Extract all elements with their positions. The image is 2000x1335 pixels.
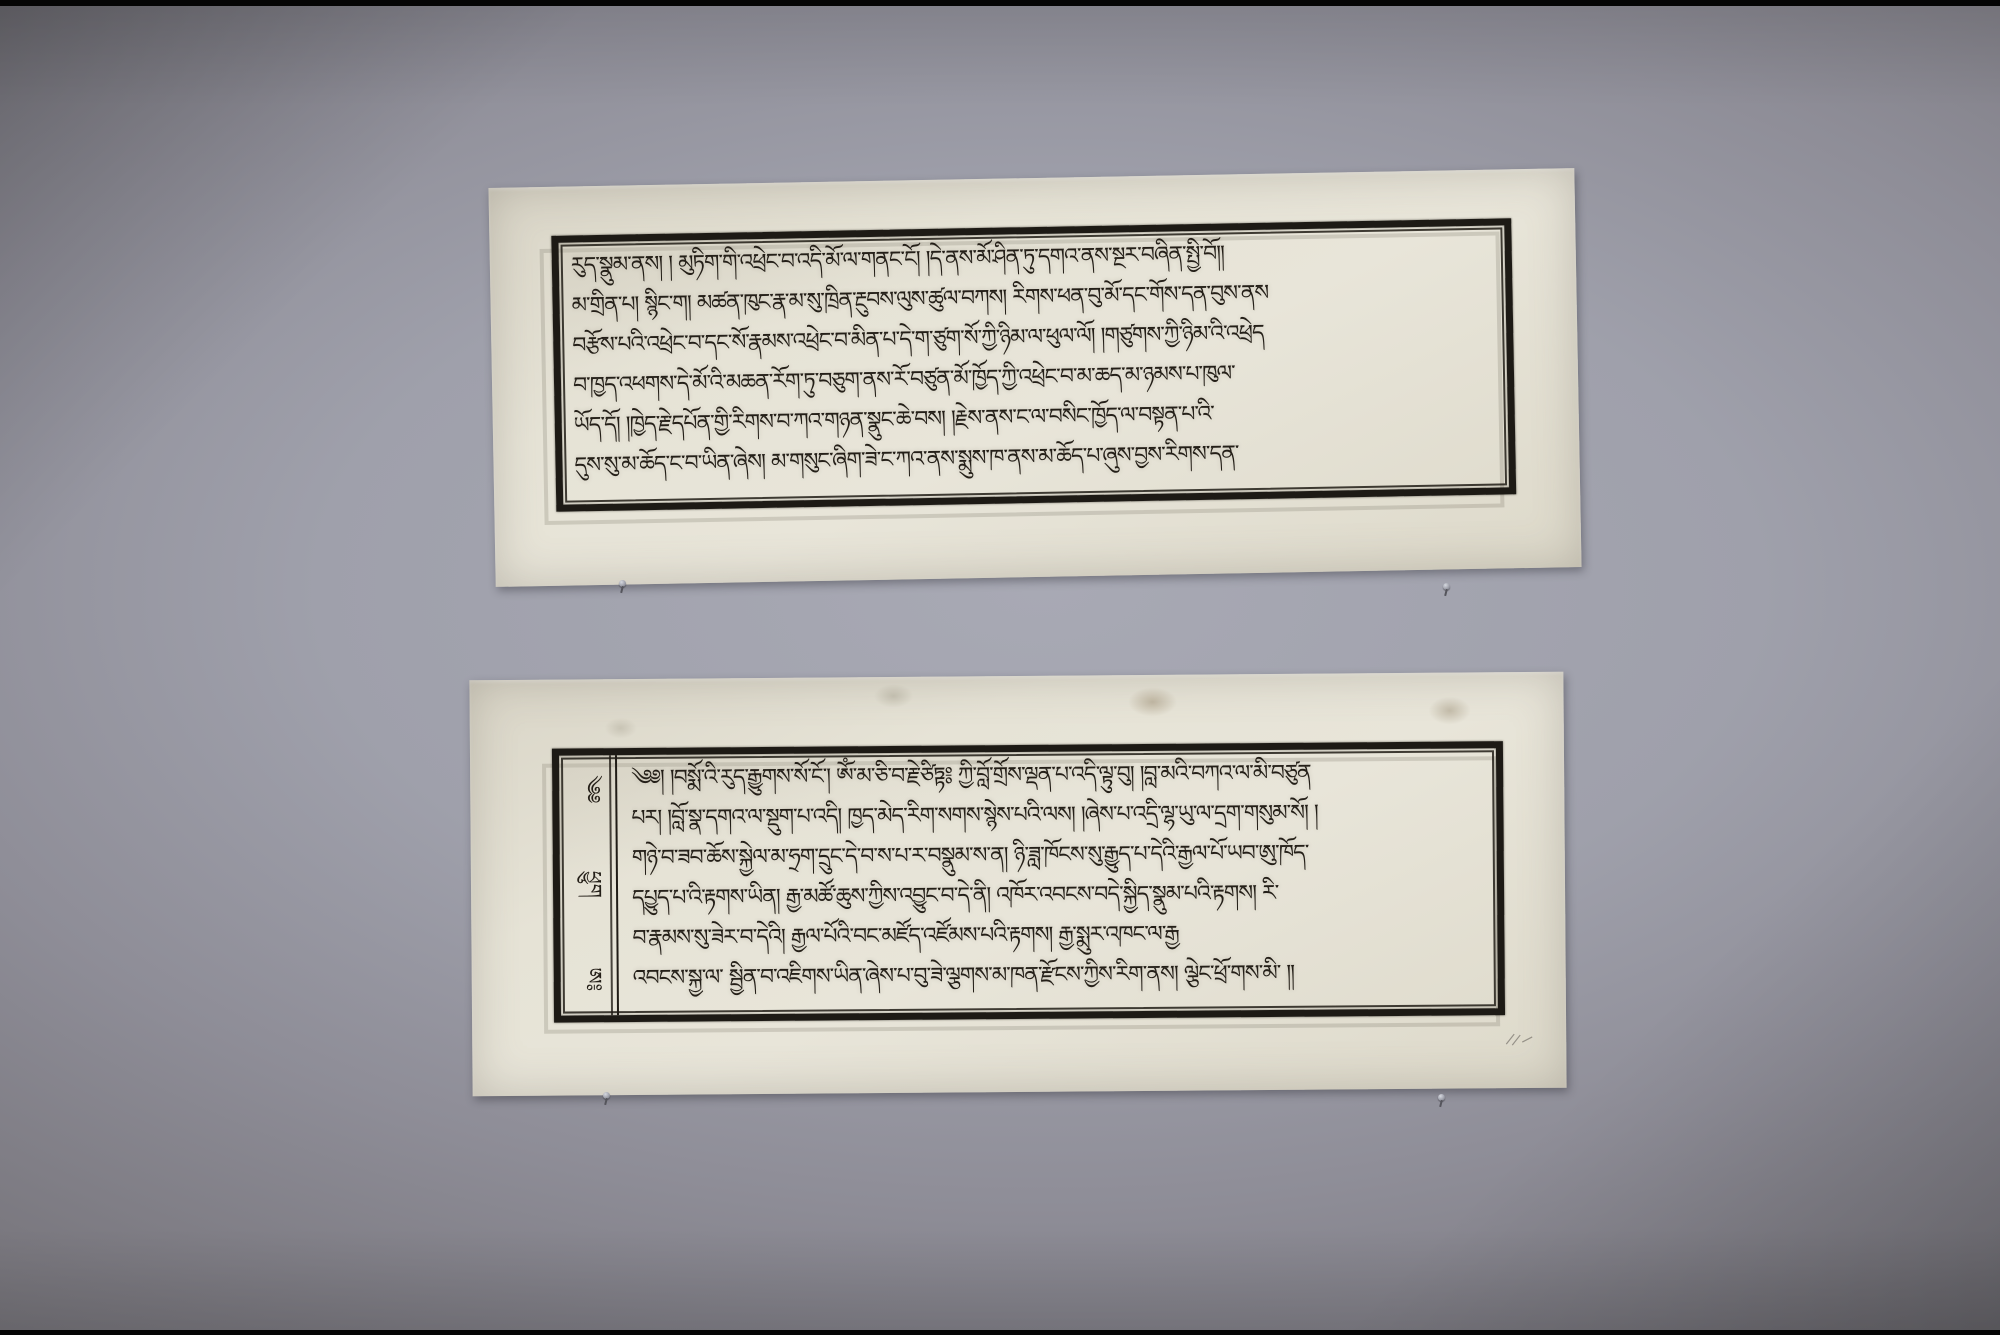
text-frame-top: རུད་སྣུམ་ནས། ། མུཏིག་གི་འཕྲེང་བ་འདི་མོ་ལ…: [551, 218, 1516, 512]
text-frame-bottom: ༄༅ ཕྱུག ཨ༔ ༄༅། །བསྨོ་འི་རུད་རྒྱུགས་སོ་ངོ…: [552, 741, 1505, 1022]
push-pin: [1437, 1094, 1446, 1107]
photograph: རུད་སྣུམ་ནས། ། མུཏིག་གི་འཕྲེང་བ་འདི་མོ་ལ…: [0, 0, 2000, 1335]
margin-label: ཨ༔: [561, 967, 617, 991]
text-line: བ་རྣམས་སུ་ཟེར་བ་དེའི། རྒྱལ་པོའི་བང་མཛོད་…: [632, 912, 1487, 959]
margin-label: ཕྱུག: [560, 871, 616, 898]
text-line: ༄༅། །བསྨོ་འི་རུད་རྒྱུགས་སོ་ངོ་། ཨོཾ་མ་ཅི…: [631, 752, 1486, 799]
pin-stem: [1444, 589, 1448, 596]
ink-stain: [1117, 681, 1187, 724]
text-line: འབངས་སྐྱ་ལ་ སྦྱིན་བ་འཇིགས་ཡིན་ཞེས་པ་བུ་ཟ…: [633, 952, 1488, 999]
letterbox-top: [0, 0, 2000, 6]
push-pin: [618, 580, 627, 593]
margin-label: ༄༅: [559, 775, 615, 803]
letterbox-bottom: [0, 1330, 2000, 1335]
text-line: དཔྱུད་པ་འི་རྟགས་ཡིན། རྒྱ་མཚོ་ཆུས་ཀྱིས་འབ…: [632, 872, 1487, 919]
text-block-bottom: ༄༅། །བསྨོ་འི་རུད་རྒྱུགས་སོ་ངོ་། ཨོཾ་མ་ཅི…: [619, 748, 1498, 1015]
push-pin: [602, 1092, 611, 1105]
text-line: པར། །བློ་སྣ་དགའ་ལ་སྡུག་པ་འདི། ཁྱད་མེད་རི…: [631, 792, 1486, 839]
ink-stain: [865, 679, 921, 713]
pencil-mark: [1502, 1030, 1538, 1048]
text-block-top: རུད་སྣུམ་ནས། ། མུཏིག་གི་འཕྲེང་བ་འདི་མོ་ལ…: [558, 225, 1509, 504]
pin-stem: [1439, 1100, 1443, 1107]
push-pin: [1442, 583, 1451, 596]
pin-stem: [620, 586, 624, 593]
margin-title-column: ༄༅ ཕྱུག ཨ༔: [559, 755, 619, 1015]
text-line: གཉེ་བ་ཟབ་ཆོས་སྐྱེལ་མ་ཧྲག་དྲུང་དེ་བ་ས་པ་ར…: [632, 832, 1487, 879]
ink-stain: [1419, 690, 1479, 730]
pin-stem: [604, 1098, 608, 1105]
manuscript-leaf-bottom: ༄༅ ཕྱུག ཨ༔ ༄༅། །བསྨོ་འི་རུད་རྒྱུགས་སོ་ངོ…: [469, 672, 1566, 1097]
ink-stain: [598, 713, 644, 743]
manuscript-leaf-top: རུད་སྣུམ་ནས། ། མུཏིག་གི་འཕྲེང་བ་འདི་མོ་ལ…: [488, 168, 1581, 587]
